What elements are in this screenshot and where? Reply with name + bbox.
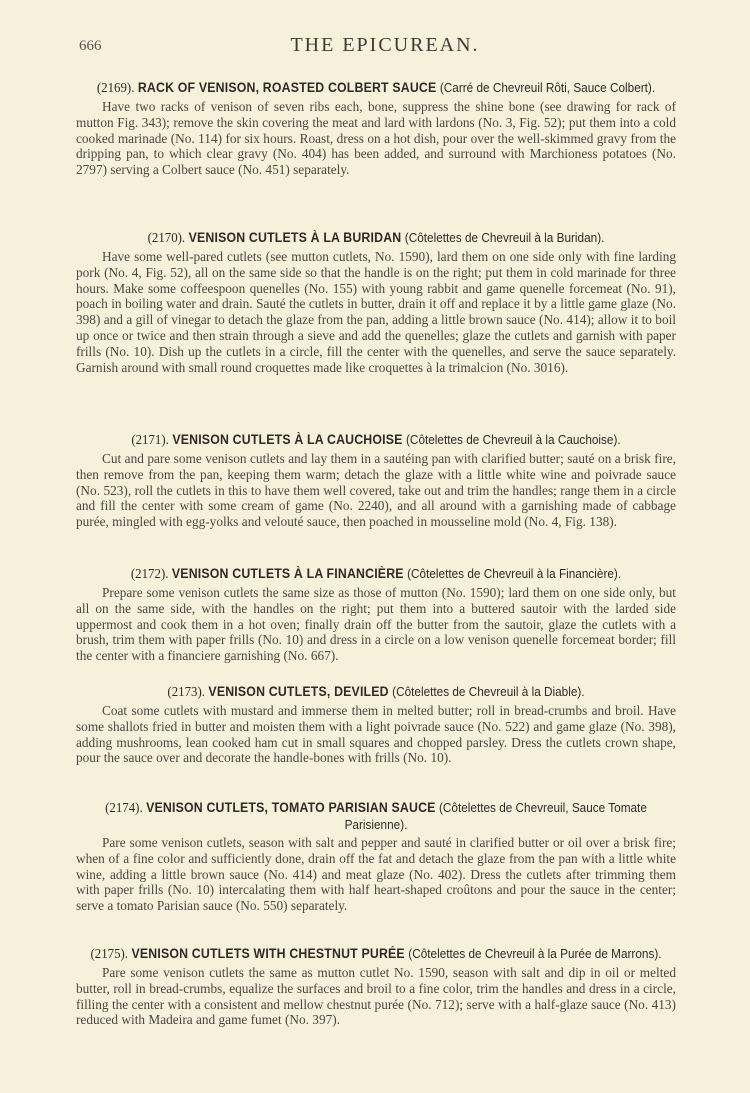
recipe-title: (2170). VENISON CUTLETS À LA BURIDAN (Cô… — [76, 230, 676, 247]
recipe-body: Cut and pare some venison cutlets and la… — [76, 451, 676, 530]
recipe-body: Have two racks of venison of seven ribs … — [76, 99, 676, 178]
recipe-number: (2171). — [131, 433, 169, 448]
recipe-title: (2172). VENISON CUTLETS À LA FINANCIÈRE … — [76, 566, 676, 583]
recipe-entry: (2169). RACK OF VENISON, ROASTED COLBERT… — [76, 80, 676, 178]
recipe-body: Pare some venison cutlets, season with s… — [76, 835, 676, 914]
recipe-name: VENISON CUTLETS, DEVILED — [208, 684, 388, 699]
running-head: THE EPICUREAN. — [0, 34, 750, 57]
recipe-french-name: (Côtelettes de Chevreuil à la Buridan). — [405, 230, 605, 245]
recipe-number: (2175). — [90, 947, 128, 962]
recipe-name: RACK OF VENISON, ROASTED COLBERT SAUCE — [138, 80, 437, 95]
recipe-name: VENISON CUTLETS À LA FINANCIÈRE — [172, 566, 404, 581]
recipe-entry: (2174). VENISON CUTLETS, TOMATO PARISIAN… — [76, 800, 676, 914]
recipe-entry: (2171). VENISON CUTLETS À LA CAUCHOISE (… — [76, 432, 676, 530]
recipe-number: (2174). — [105, 801, 143, 816]
recipe-body: Pare some venison cutlets the same as mu… — [76, 965, 676, 1028]
recipe-name: VENISON CUTLETS À LA CAUCHOISE — [172, 432, 402, 447]
recipe-name: VENISON CUTLETS, TOMATO PARISIAN SAUCE — [146, 800, 435, 815]
recipe-number: (2169). — [97, 81, 135, 96]
recipe-body: Coat some cutlets with mustard and immer… — [76, 703, 676, 766]
recipe-name: VENISON CUTLETS WITH CHESTNUT PURÉE — [131, 946, 404, 961]
recipe-french-name: (Côtelettes de Chevreuil à la Purée de M… — [408, 946, 661, 961]
recipe-title: (2171). VENISON CUTLETS À LA CAUCHOISE (… — [76, 432, 676, 449]
recipe-entry: (2175). VENISON CUTLETS WITH CHESTNUT PU… — [76, 946, 676, 1028]
recipe-entry: (2173). VENISON CUTLETS, DEVILED (Côtele… — [76, 684, 676, 766]
recipe-number: (2172). — [131, 567, 169, 582]
recipe-name: VENISON CUTLETS À LA BURIDAN — [189, 230, 402, 245]
recipe-number: (2170). — [148, 231, 186, 246]
recipe-french-name: (Côtelettes de Chevreuil à la Financière… — [407, 566, 621, 581]
recipe-number: (2173). — [167, 685, 205, 700]
recipe-french-name: (Carré de Chevreuil Rôti, Sauce Colbert)… — [440, 80, 655, 95]
recipe-title: (2174). VENISON CUTLETS, TOMATO PARISIAN… — [76, 800, 676, 833]
recipe-title: (2169). RACK OF VENISON, ROASTED COLBERT… — [76, 80, 676, 97]
recipe-title: (2173). VENISON CUTLETS, DEVILED (Côtele… — [76, 684, 676, 701]
recipe-entry: (2172). VENISON CUTLETS À LA FINANCIÈRE … — [76, 566, 676, 664]
recipe-entry: (2170). VENISON CUTLETS À LA BURIDAN (Cô… — [76, 230, 676, 375]
recipe-french-name: (Côtelettes de Chevreuil à la Diable). — [392, 684, 584, 699]
recipe-body: Have some well-pared cutlets (see mutton… — [76, 249, 676, 375]
recipe-french-name: (Côtelettes de Chevreuil à la Cauchoise)… — [406, 432, 621, 447]
recipe-body: Prepare some venison cutlets the same si… — [76, 585, 676, 664]
book-page: 666 THE EPICUREAN. (2169). RACK OF VENIS… — [0, 0, 750, 1093]
recipe-title: (2175). VENISON CUTLETS WITH CHESTNUT PU… — [76, 946, 676, 963]
